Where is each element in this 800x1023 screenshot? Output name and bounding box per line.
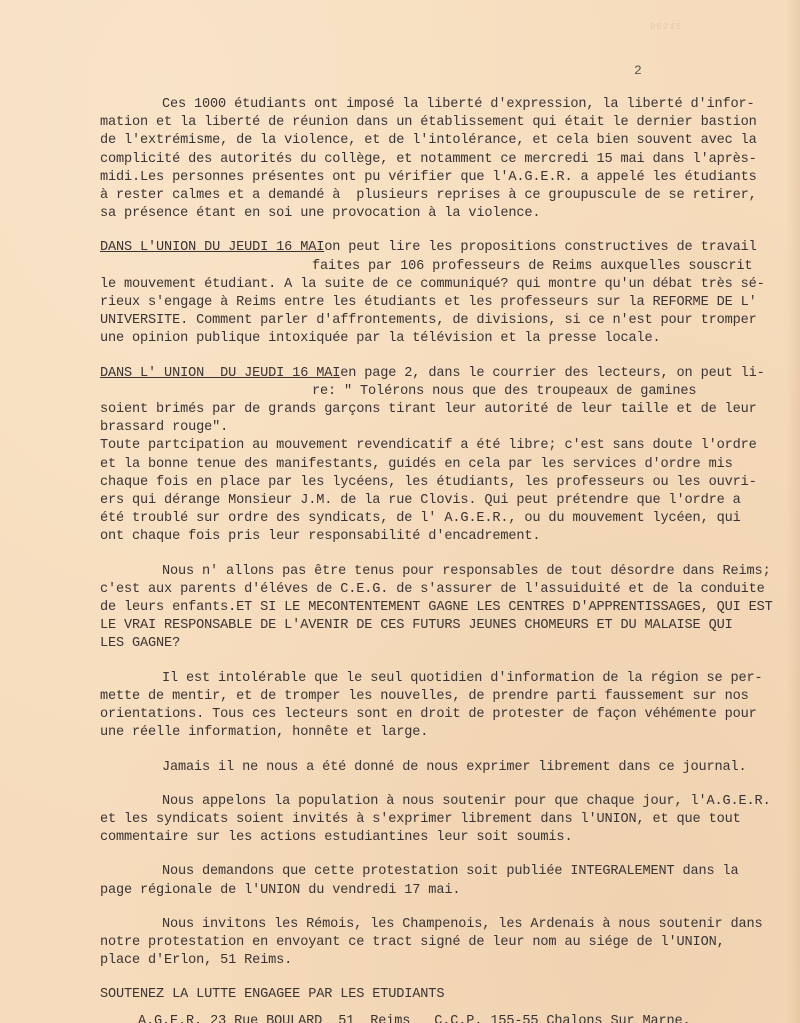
text-line: à rester calmes et a demandé à plusieurs… [100,187,780,205]
text-line: et la bonne tenue des manifestants, guid… [100,456,780,474]
paragraph-1: Ces 1000 étudiants ont imposé la liberté… [100,96,780,223]
text-line: été troublé sur ordre des syndicats, de … [100,510,780,528]
paragraph-6: Jamais il ne nous a été donné de nous ex… [100,759,780,777]
text-line: Jamais il ne nous a été donné de nous ex… [100,759,780,777]
paragraph-3: DANS L' UNION DU JEUDI 16 MAIen page 2, … [100,365,780,547]
text-line: page régionale de l'UNION du vendredi 17… [100,882,780,900]
text-line: Ces 1000 étudiants ont imposé la liberté… [100,96,780,114]
text-line: le mouvement étudiant. A la suite de ce … [100,276,780,294]
text-line: Toute partcipation au mouvement revendic… [100,437,780,455]
text-run: on peut lire les propositions constructi… [324,240,756,255]
paragraph-5: Il est intolérable que le seul quotidien… [100,670,780,743]
text-line: re: " Tolérons nous que des troupeaux de… [100,383,780,401]
paragraph-7: Nous appelons la population à nous soute… [100,793,780,848]
footer-address: A.G.E.R. 23 Rue BOULARD 51 Reims C.C.P. … [100,1013,780,1023]
text-line: LES GAGNE? [100,635,780,653]
page-number: 2 [634,63,642,78]
text-line: complicité des autorités du collège, et … [100,151,780,169]
text-line: une réelle information, honnête et large… [100,724,780,742]
text-line: DANS L'UNION DU JEUDI 16 MAIon peut lire… [100,239,780,257]
text-line: rieux s'engage à Reims entre les étudian… [100,294,780,312]
document-body: Ces 1000 étudiants ont imposé la liberté… [100,96,780,1023]
section-heading: DANS L'UNION DU JEUDI 16 MAI [100,240,324,255]
text-run: en page 2, dans le courrier des lecteurs… [340,366,764,381]
paragraph-2: DANS L'UNION DU JEUDI 16 MAIon peut lire… [100,239,780,348]
archive-stamp: 05245 [650,22,682,32]
text-line: ers qui dérange Monsieur J.M. de la rue … [100,492,780,510]
paragraph-9: Nous invitons les Rémois, les Champenois… [100,916,780,971]
text-line: et les syndicats soient invités à s'expr… [100,811,780,829]
text-line: ont chaque fois pris leur responsabilité… [100,528,780,546]
text-line: Nous demandons que cette protestation so… [100,863,780,881]
text-line: Nous appelons la population à nous soute… [100,793,780,811]
text-line: DANS L' UNION DU JEUDI 16 MAIen page 2, … [100,365,780,383]
text-line: chaque fois en place par les lycéens, le… [100,474,780,492]
text-line: mette de mentir, et de tromper les nouve… [100,688,780,706]
text-line: faites par 106 professeurs de Reims auxq… [100,258,780,276]
text-line: place d'Erlon, 51 Reims. [100,952,780,970]
text-line: de l'extrémisme, de la violence, et de l… [100,132,780,150]
text-line: commentaire sur les actions estudiantine… [100,829,780,847]
section-heading: DANS L' UNION DU JEUDI 16 MAI [100,366,340,381]
text-line: sa présence étant en soi une provocation… [100,205,780,223]
text-line: midi.Les personnes présentes ont pu véri… [100,169,780,187]
text-line: c'est aux parents d'éléves de C.E.G. de … [100,581,780,599]
footer-slogan: SOUTENEZ LA LUTTE ENGAGEE PAR LES ETUDIA… [100,986,780,1004]
text-line: brassard rouge". [100,419,780,437]
text-line: Il est intolérable que le seul quotidien… [100,670,780,688]
text-line: Nous invitons les Rémois, les Champenois… [100,916,780,934]
text-line: soient brimés par de grands garçons tira… [100,401,780,419]
text-line: LE VRAI RESPONSABLE DE L'AVENIR DE CES F… [100,617,780,635]
text-line: mation et la liberté de réunion dans un … [100,114,780,132]
text-line: UNIVERSITE. Comment parler d'affrontemen… [100,312,780,330]
text-line: une opinion publique intoxiquée par la t… [100,330,780,348]
paper-edge-shadow [786,0,800,1023]
paragraph-4: Nous n' allons pas être tenus pour respo… [100,563,780,654]
text-line: de leurs enfants.ET SI LE MECONTENTEMENT… [100,599,780,617]
text-line: Nous n' allons pas être tenus pour respo… [100,563,780,581]
text-line: orientations. Tous ces lecteurs sont en … [100,706,780,724]
text-line: notre protestation en envoyant ce tract … [100,934,780,952]
paragraph-8: Nous demandons que cette protestation so… [100,863,780,899]
